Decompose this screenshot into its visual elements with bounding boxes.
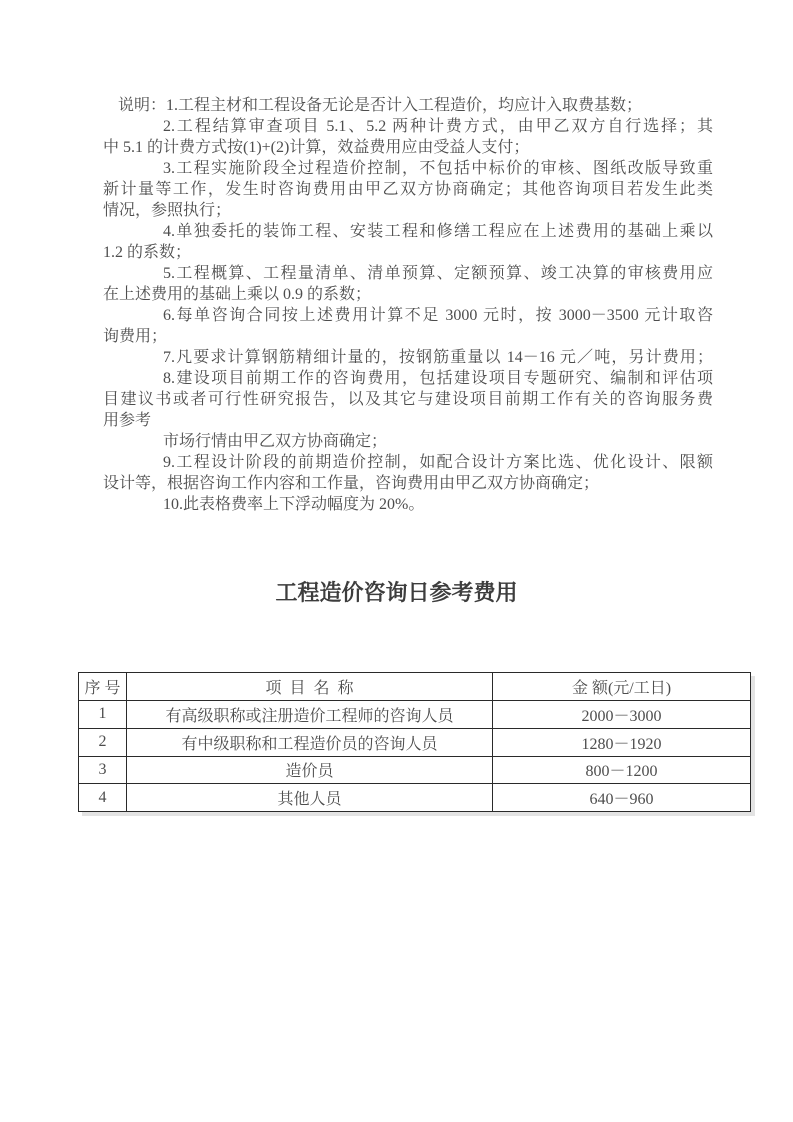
- cell-amount: 800－1200: [493, 756, 751, 784]
- table-row: 1 有高级职称或注册造价工程师的咨询人员 2000－3000: [79, 701, 751, 729]
- note-line: 3.工程实施阶段全过程造价控制，不包括中标价的审核、图纸改版导致重: [163, 158, 713, 179]
- note-line: 情况，参照执行；: [103, 200, 713, 221]
- fee-table-body: 1 有高级职称或注册造价工程师的咨询人员 2000－3000 2 有中级职称和工…: [79, 701, 751, 812]
- note-line: 5.工程概算、工程量清单、清单预算、定额预算、竣工决算的审核费用应: [163, 263, 713, 284]
- cell-no: 1: [79, 701, 127, 729]
- note-line: 市场行情由甲乙双方协商确定；: [163, 431, 713, 452]
- note-line: 目建议书或者可行性研究报告，以及其它与建设项目前期工作有关的咨询服务费: [103, 389, 713, 410]
- cell-item: 有高级职称或注册造价工程师的咨询人员: [127, 701, 493, 729]
- fee-table-header-row: 序 号 项 目 名 称 金 额(元/工日): [79, 673, 751, 701]
- note-line: 8.建设项目前期工作的咨询费用，包括建设项目专题研究、编制和评估项: [163, 368, 713, 389]
- note-line: 10.此表格费率上下浮动幅度为 20%。: [163, 494, 713, 515]
- note-line: 1.2 的系数；: [103, 242, 713, 263]
- note-line: 中 5.1 的计费方式按(1)+(2)计算，效益费用应由受益人支付；: [103, 137, 713, 158]
- fee-table: 序 号 项 目 名 称 金 额(元/工日) 1 有高级职称或注册造价工程师的咨询…: [78, 672, 751, 812]
- note-line: 询费用；: [103, 326, 713, 347]
- cell-no: 3: [79, 756, 127, 784]
- document-page: 说明：1.工程主材和工程设备无论是否计入工程造价，均应计入取费基数； 2.工程结…: [0, 0, 793, 1122]
- cell-item: 其他人员: [127, 784, 493, 812]
- notes-section: 说明：1.工程主材和工程设备无论是否计入工程造价，均应计入取费基数； 2.工程结…: [103, 95, 713, 515]
- note-line: 7.凡要求计算钢筋精细计量的，按钢筋重量以 14－16 元／吨，另计费用；: [163, 347, 713, 368]
- note-line: 6.每单咨询合同按上述费用计算不足 3000 元时，按 3000－3500 元计…: [163, 305, 713, 326]
- note-line: 9.工程设计阶段的前期造价控制，如配合设计方案比选、优化设计、限额: [163, 452, 713, 473]
- table-row: 2 有中级职称和工程造价员的咨询人员 1280－1920: [79, 728, 751, 756]
- note-line: 新计量等工作，发生时咨询费用由甲乙双方协商确定；其他咨询项目若发生此类: [103, 179, 713, 200]
- note-line: 4.单独委托的装饰工程、安装工程和修缮工程应在上述费用的基础上乘以: [163, 221, 713, 242]
- cell-no: 4: [79, 784, 127, 812]
- cell-no: 2: [79, 728, 127, 756]
- cell-amount: 2000－3000: [493, 701, 751, 729]
- cell-amount: 1280－1920: [493, 728, 751, 756]
- note-line: 用参考: [103, 410, 713, 431]
- table-row: 4 其他人员 640－960: [79, 784, 751, 812]
- note-line: 说明：1.工程主材和工程设备无论是否计入工程造价，均应计入取费基数；: [103, 95, 713, 116]
- note-line: 设计等，根据咨询工作内容和工作量，咨询费用由甲乙双方协商确定；: [103, 473, 713, 494]
- cell-item: 有中级职称和工程造价员的咨询人员: [127, 728, 493, 756]
- column-header-item: 项 目 名 称: [127, 673, 493, 701]
- table-row: 3 造价员 800－1200: [79, 756, 751, 784]
- section-title: 工程造价咨询日参考费用: [0, 580, 793, 606]
- column-header-amount: 金 额(元/工日): [493, 673, 751, 701]
- cell-amount: 640－960: [493, 784, 751, 812]
- cell-item: 造价员: [127, 756, 493, 784]
- column-header-no: 序 号: [79, 673, 127, 701]
- fee-table-head: 序 号 项 目 名 称 金 额(元/工日): [79, 673, 751, 701]
- note-line: 2.工程结算审查项目 5.1、5.2 两种计费方式，由甲乙双方自行选择；其: [163, 116, 713, 137]
- note-line: 在上述费用的基础上乘以 0.9 的系数；: [103, 284, 713, 305]
